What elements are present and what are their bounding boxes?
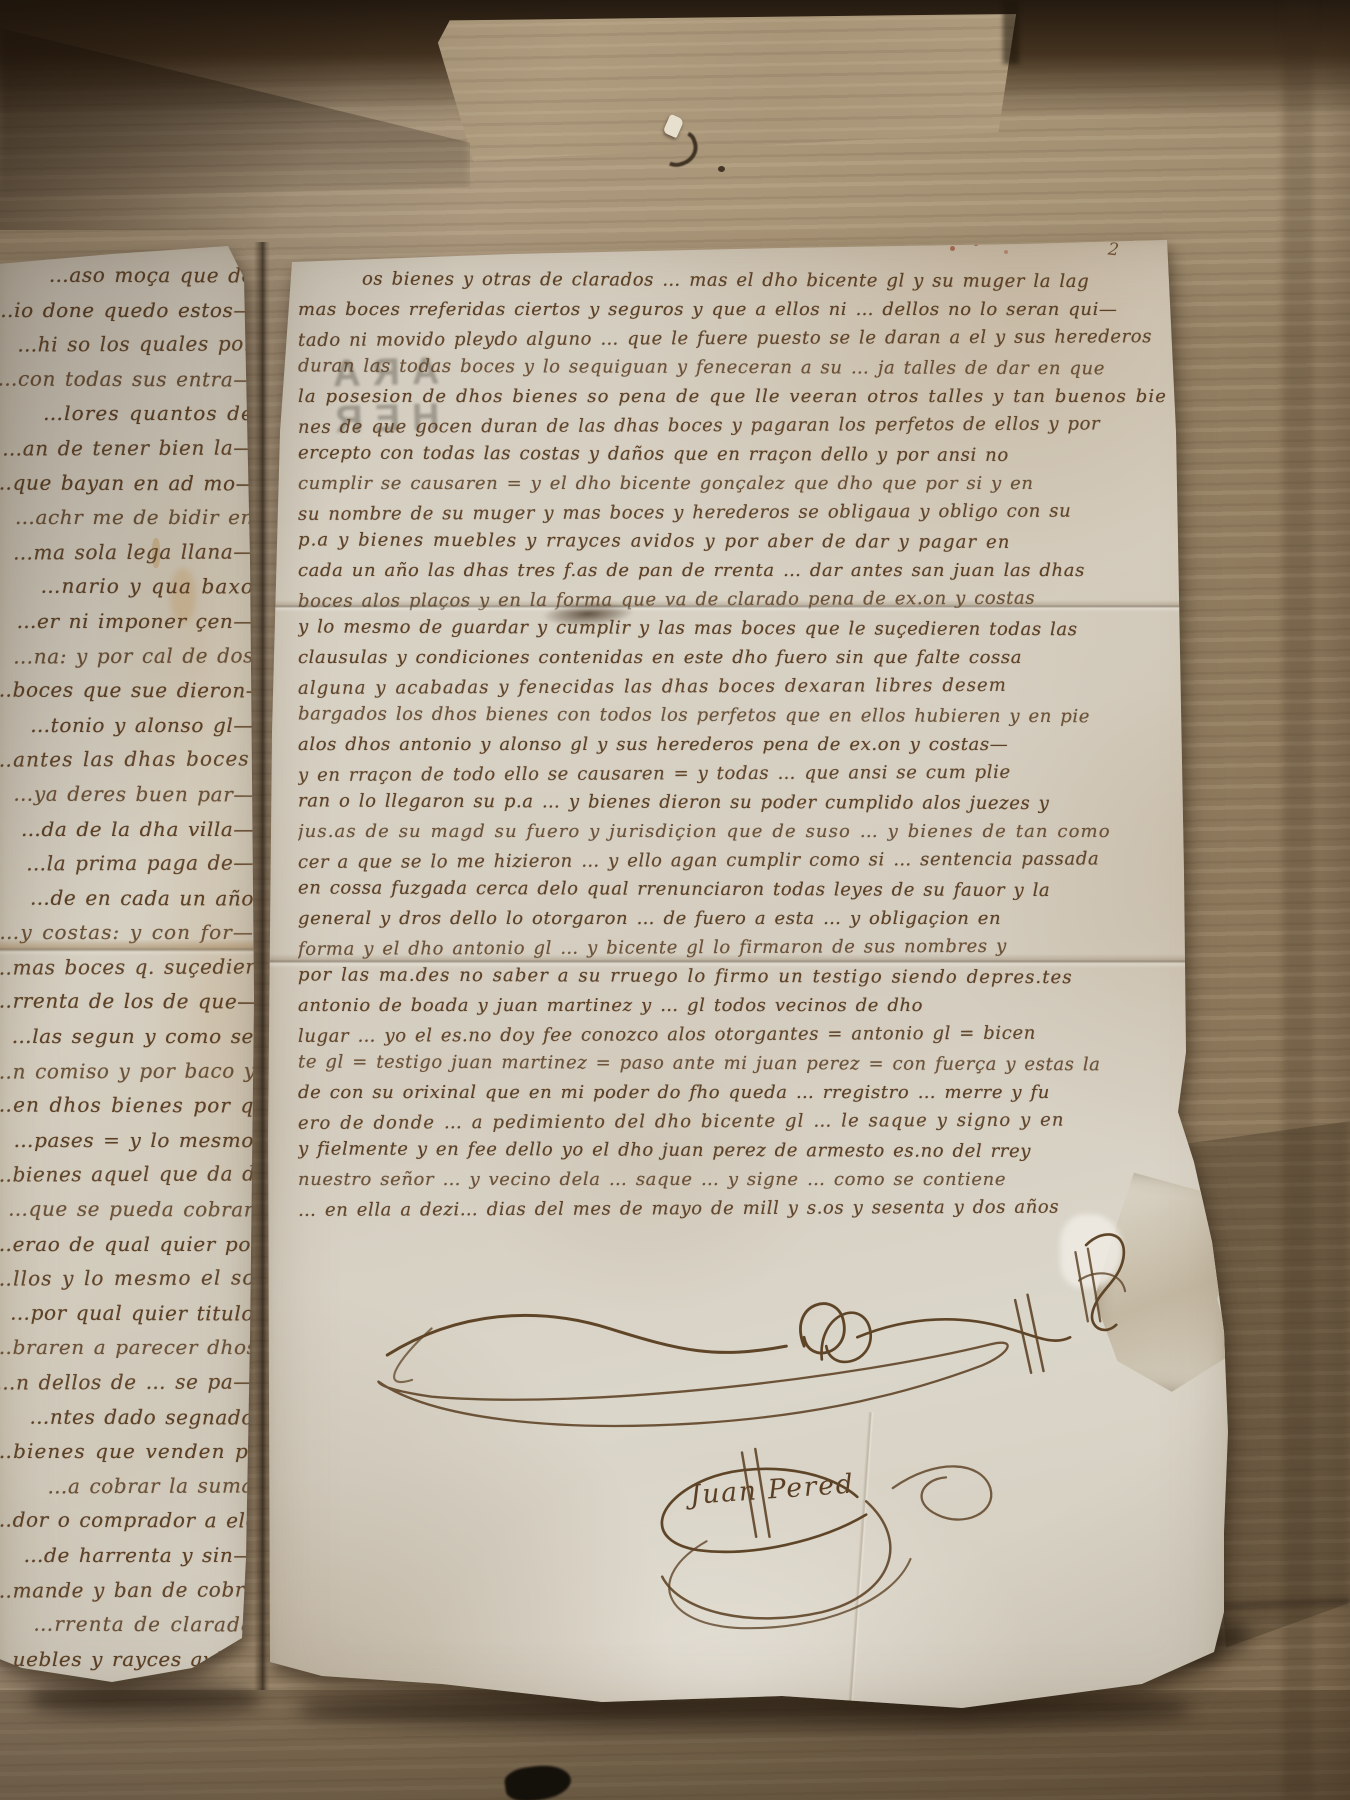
text-line: jus.as de su magd su fuero y jurisdiçion… [298,817,1178,846]
text-line: …pases = y lo mesmo [0,1123,254,1158]
text-line: general y dros dello lo otorgaron … de f… [298,904,1178,933]
text-line: …achr me de bidir en [0,500,254,535]
text-line: de con su orixinal que en mi poder do fh… [298,1078,1178,1107]
text-line: …que se pueda cobrar [0,1192,254,1228]
text-line: …io done quedo estos— [0,293,254,328]
text-line: bargados los dhos bienes con todos los p… [298,699,1178,731]
text-line: la posesion de dhos bienes so pena de qu… [298,382,1178,411]
text-line: …que bayan en ad mo— [0,465,254,501]
signature-name-text: Juan Pered [684,1469,856,1512]
left-fold-crease [0,940,268,956]
text-line: ran o lo llegaron su p.a … y bienes dier… [298,786,1178,818]
text-line: os bienes y otras de clarados … mas el d… [362,265,1178,297]
text-line: antonio de boada y juan martinez y … gl … [298,991,1178,1020]
text-line: …n dellos de … se pa— [0,1364,254,1400]
text-line: y lo mesmo de guardar y cumplir y las ma… [298,612,1178,644]
main-page-text: os bienes y otras de clarados … mas el d… [298,266,1178,1223]
text-line: …rrenta de los de que— [0,984,254,1020]
text-line: …hi so los quales por [0,327,254,363]
signature-rubric-1 [378,1295,1070,1426]
text-line: cumplir se causaren = y el dho bicente g… [298,469,1178,498]
marginal-rubric [1075,1234,1125,1330]
text-line: …dor o comprador a ele [0,1503,254,1539]
text-line: alguna y acabadas y fenecidas las dhas b… [298,670,1178,703]
text-line: ero de donde … a pedimiento del dho bice… [298,1105,1178,1138]
signature-juan-perez: Juan Pered [662,1449,991,1628]
text-line: …las segun y como se [0,1019,254,1054]
main-page-paper: ARA HER 2 os bienes y otras de clarados … [262,232,1237,1722]
page-gutter-fold [254,242,270,1690]
cardboard-tear-gap [1003,0,1019,64]
text-line: …erao de qual quier po— [0,1227,254,1262]
text-line: cada un año las dhas tres f.as de pan de… [298,556,1178,585]
fold-crease-upper [262,600,1237,612]
text-line: nuestro señor … y vecino dela … saque … … [298,1165,1178,1194]
top-left-shadow [0,0,520,230]
text-line: cer a que se lo me hizieron … y ello aga… [298,844,1178,877]
text-line: ercepto con todas las costas y daños que… [298,438,1178,470]
text-line: …de harrenta y sin— [0,1538,254,1573]
text-line: …bienes aquel que da de— [0,1157,254,1193]
text-line: …bienes que venden por— [0,1434,254,1469]
text-line: …a cobrar la suma [0,1468,254,1504]
text-line: …nario y qua baxo [0,569,254,605]
text-line: …por qual quier titulo [0,1295,254,1331]
text-line: … en ella a dezi… dias del mes de mayo d… [298,1192,1178,1225]
text-line: …ntes dado segnado [0,1399,254,1435]
main-manuscript-page: ARA HER 2 os bienes y otras de clarados … [262,232,1237,1722]
text-line: nes de que gocen duran de las dhas boces… [298,409,1178,442]
text-line: …na: y por cal de dos [0,638,254,674]
rust-speck [1004,250,1008,254]
text-line: …er ni imponer çen— [0,604,254,639]
text-line: …uebles y rayces avidos y por aber [0,1642,254,1677]
text-line: te gl = testigo juan martinez = paso ant… [298,1047,1178,1079]
text-line: …n comiso y por baco y [0,1053,254,1089]
text-line: …ya deres buen par— [0,776,254,812]
rust-speck [950,246,955,251]
text-line: …da de la dha villa— [0,812,254,847]
text-line: mas boces rreferidas ciertos y seguros y… [298,295,1178,324]
fold-crease-lower [262,954,1237,968]
text-line: lugar … yo el es.no doy fee conozco alos… [298,1018,1178,1051]
text-line: …en dhos bienes por qu— [0,1088,254,1124]
text-line: …la prima paga de— [0,846,254,882]
text-line: …de en cada un año [0,880,254,916]
left-manuscript-page: …aso moça que de…io done quedo estos—…hi… [0,238,268,1708]
text-line: …boces que sue dieron— [0,673,254,709]
text-line: …rrenta de clarada [0,1607,254,1643]
text-line: …aso moça que de [0,258,254,293]
text-line: alos dhos antonio y alonso gl y sus here… [298,730,1178,759]
text-line: …tonio y alonso gl— [0,708,254,743]
text-line: …con todas sus entra— [0,361,254,397]
text-line: su nombre de su muger y mas boces y here… [298,496,1178,529]
rust-speck [974,242,978,246]
text-line: en cossa fuzgada cerca delo qual rrenunc… [298,873,1178,905]
photo-of-manuscript: { "colors": { "cardboard": "#a18a6c", "c… [0,0,1350,1800]
debris-speck [718,166,725,172]
text-line: …ma sola lega llana— [0,534,254,570]
text-line: …mande y ban de cobra les [0,1572,254,1608]
folio-number: 2 [1107,239,1120,260]
text-line: y fielmente y en fee dello yo el dho jua… [298,1134,1178,1166]
text-line: tado ni movido pleydo alguno … que le fu… [298,322,1178,355]
text-line: …an de tener bien la— [0,430,254,466]
text-line: clausulas y condiciones contenidas en es… [298,643,1178,672]
text-line: p.a y bienes muebles y rrayces avidos y … [298,525,1178,557]
signature-block: Juan Pered [272,1222,1212,1692]
text-line: …lores quantos de [0,396,254,431]
text-line: …llos y lo mesmo el sor [0,1261,254,1297]
text-line: duran las todas boces y lo sequiguan y f… [298,351,1178,383]
left-page-paper: …aso moça que de…io done quedo estos—…hi… [0,238,268,1708]
text-line: …antes las dhas boces q. [0,742,254,778]
text-line: …braren a parecer dhos [0,1330,254,1365]
left-page-text: …aso moça que de…io done quedo estos—…hi… [0,258,254,1676]
text-line: y en rraçon de todo ello se causaren = y… [298,757,1178,790]
